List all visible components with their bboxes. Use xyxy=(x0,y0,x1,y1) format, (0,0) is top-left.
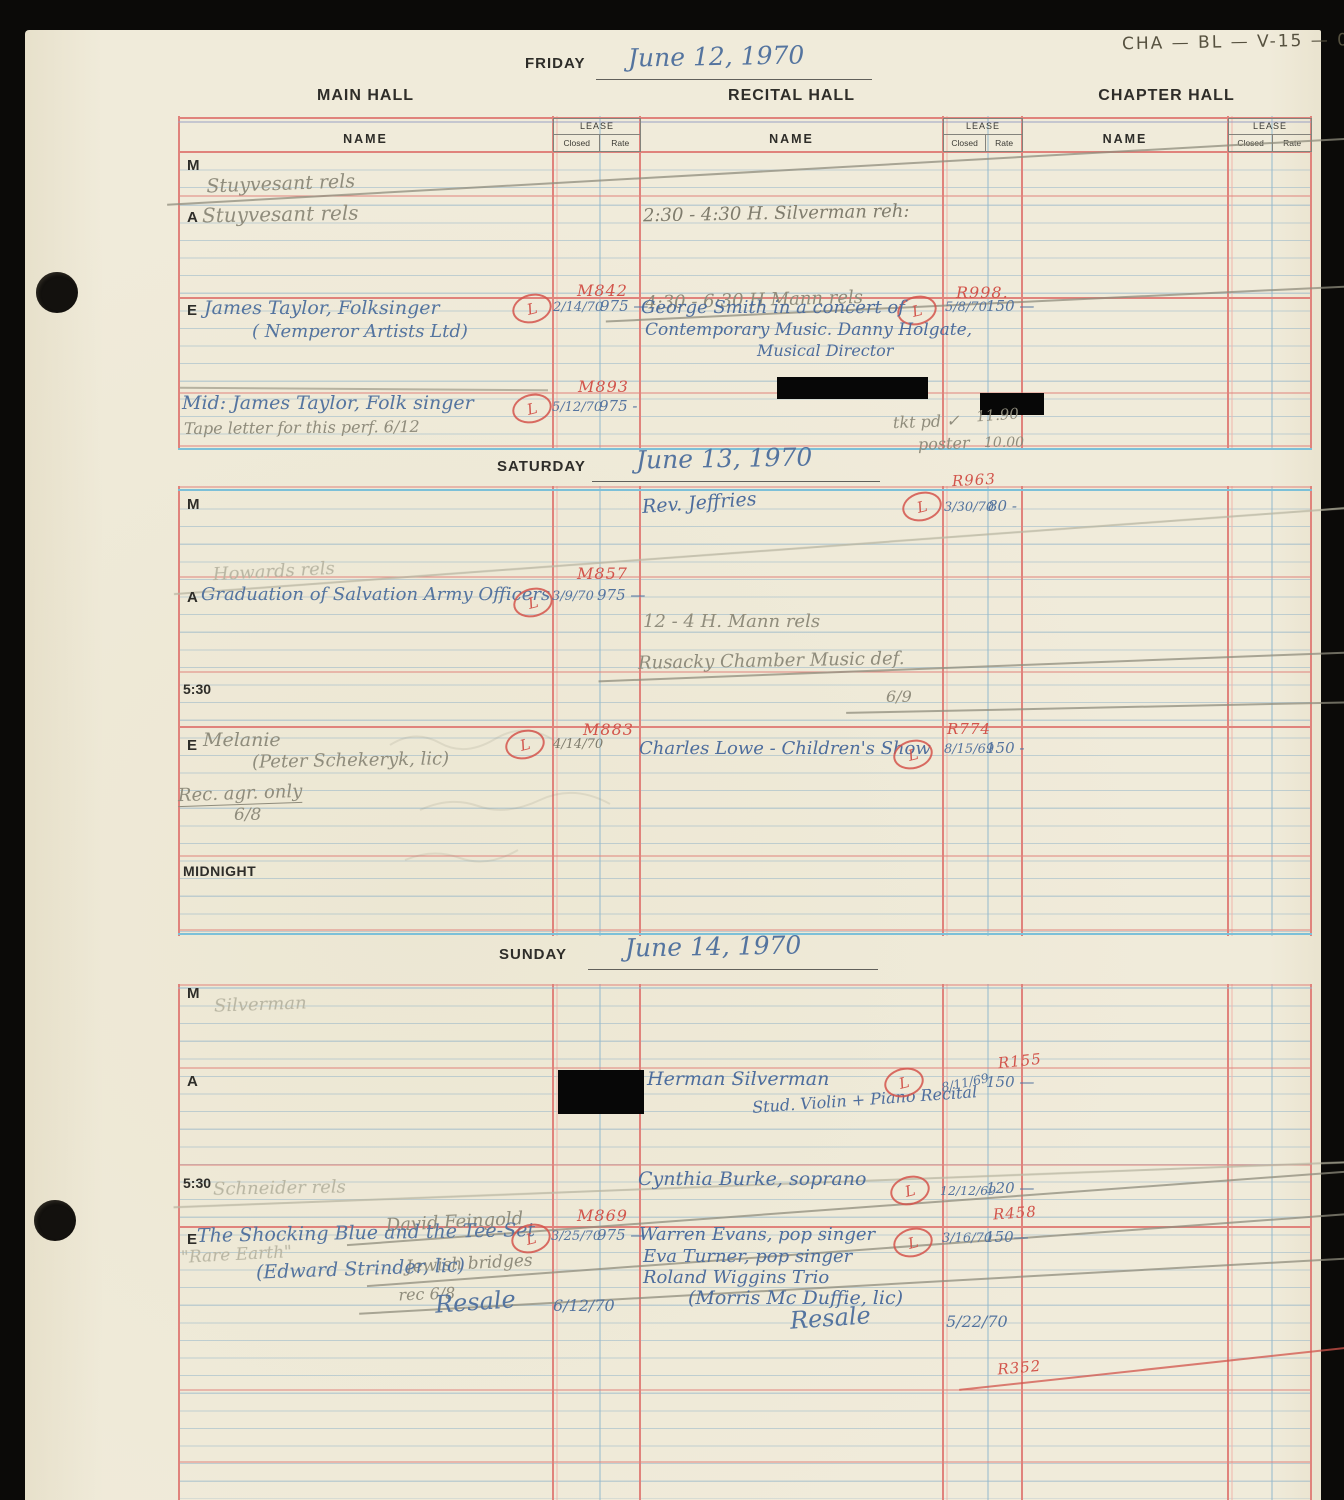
row-label-a: A xyxy=(187,590,198,606)
entry-sunday-recital-530: Cynthia Burke, soprano xyxy=(638,1170,866,1190)
rate-value: 975 — xyxy=(597,588,645,604)
closed-label: Closed xyxy=(554,135,600,152)
entry-sunday-recital-a1: Herman Silverman xyxy=(647,1070,829,1090)
row-label-530: 5:30 xyxy=(183,1176,211,1191)
lease-number: M893 xyxy=(578,379,629,396)
lease-label: LEASE xyxy=(944,119,1022,135)
resale-date: 6/12/70 xyxy=(553,1298,615,1315)
entry-friday-main-mid: Mid: James Taylor, Folk singer xyxy=(182,394,474,414)
day-label-saturday: SATURDAY xyxy=(497,459,586,475)
lease-number: R774 xyxy=(947,722,991,738)
redaction-box xyxy=(777,377,928,399)
row-label-m: M xyxy=(187,497,200,513)
rate-value: 150 — xyxy=(986,299,1034,315)
entry-saturday-recital-a2: 12 - 4 H. Mann rels xyxy=(643,613,820,632)
hole-punch-top xyxy=(36,272,78,313)
entry-friday-main-e2: ( Nemperor Artists Ltd) xyxy=(252,323,468,342)
lease-number: R963 xyxy=(952,472,997,490)
hall-title-chapter: CHAPTER HALL xyxy=(1022,88,1311,105)
rate-value: 120 — xyxy=(986,1181,1034,1197)
hole-punch-bottom xyxy=(34,1200,76,1241)
catalog-code: CHA — BL — V-15 — 085 xyxy=(1122,32,1344,54)
entry-friday-recital-e2: Contemporary Music. Danny Holgate, xyxy=(645,322,972,340)
lease-label: LEASE xyxy=(554,119,640,135)
name-header-recital: NAME xyxy=(640,133,943,146)
date-underline xyxy=(588,969,878,970)
entry-saturday-main-a: Graduation of Salvation Army Officers xyxy=(201,586,550,605)
date-underline xyxy=(596,79,872,80)
entry-sunday-main-m: Silverman xyxy=(214,994,307,1016)
lease-label: LEASE xyxy=(1229,119,1311,135)
entry-friday-main-a: Stuyvesant rels xyxy=(202,203,359,227)
row-label-e: E xyxy=(187,1232,197,1248)
note-ticket-paid: tkt pd ✓ xyxy=(893,413,960,432)
entry-saturday-main-e2: (Peter Schekeryk, lic) xyxy=(252,750,449,772)
closed-date: 4/14/70 xyxy=(553,738,603,752)
redaction-box xyxy=(558,1070,644,1114)
lease-number: M869 xyxy=(577,1208,628,1225)
row-label-a: A xyxy=(187,210,198,226)
row-label-a: A xyxy=(187,1074,198,1090)
entry-saturday-recital-e: Charles Lowe - Children's Show xyxy=(639,740,931,759)
rate-value: 80 - xyxy=(988,499,1017,515)
closed-date: 2/14/70 xyxy=(553,301,603,315)
rate-value: 975 - xyxy=(599,399,637,415)
hall-title-recital: RECITAL HALL xyxy=(640,88,943,105)
entry-sunday-recital-e1: Warren Evans, pop singer xyxy=(639,1226,875,1245)
entry-sunday-recital-e3: Roland Wiggins Trio xyxy=(643,1269,829,1288)
rate-value: 150— xyxy=(985,1230,1029,1246)
date-saturday: June 13, 1970 xyxy=(636,444,813,473)
lease-number: R458 xyxy=(993,1204,1038,1223)
lease-header-recital: LEASE Closed Rate xyxy=(943,118,1023,152)
entry-friday-main-e1: James Taylor, Folksinger xyxy=(204,299,440,319)
entry-sunday-recital-e-resale: Resale xyxy=(789,1303,871,1334)
closed-date: 3/30/70 xyxy=(944,501,994,515)
resale-date: 5/22/70 xyxy=(946,1314,1008,1331)
closed-date: 3/9/70 xyxy=(552,590,594,604)
hall-title-main: MAIN HALL xyxy=(178,88,553,105)
day-label-sunday: SUNDAY xyxy=(499,947,567,963)
rate-value: 150 - xyxy=(986,741,1024,757)
note-poster: poster xyxy=(918,435,970,454)
note-friday-mid: Tape letter for this perf. 6/12 xyxy=(184,419,420,438)
entry-saturday-recital-a3: 6/9 xyxy=(886,689,1344,706)
closed-date: 5/12/70 xyxy=(552,401,602,415)
closed-date: 3/25/70 xyxy=(551,1230,601,1244)
ledger-page-scan: CHA — BL — V-15 — 085 FRIDAY June 12, 19… xyxy=(0,0,1344,1500)
entry-sunday-recital-e2: Eva Turner, pop singer xyxy=(643,1248,852,1267)
row-label-e: E xyxy=(187,303,197,319)
row-label-530: 5:30 xyxy=(183,682,211,697)
lease-header-main: LEASE Closed Rate xyxy=(553,118,641,152)
entry-friday-recital-e1: George Smith in a concert of xyxy=(641,299,905,318)
row-label-e: E xyxy=(187,738,197,754)
entry-saturday-main-e1: Melanie xyxy=(203,731,281,751)
row-label-m: M xyxy=(187,158,200,174)
entry-friday-recital-e3: Musical Director xyxy=(757,343,893,360)
day-label-friday: FRIDAY xyxy=(525,56,585,72)
note-rec-agr-date: 6/8 xyxy=(234,807,261,825)
rate-value: 150 — xyxy=(986,1075,1034,1091)
entry-sunday-main-e-resale: Resale xyxy=(434,1287,516,1318)
date-friday: June 12, 1970 xyxy=(628,42,805,71)
date-underline xyxy=(592,481,880,482)
name-header-main: NAME xyxy=(178,133,553,146)
row-label-m: M xyxy=(187,986,200,1002)
closed-date: 5/8/70 xyxy=(945,301,987,315)
lease-number: M857 xyxy=(577,566,628,583)
date-sunday: June 14, 1970 xyxy=(625,932,802,961)
row-label-midnight: MIDNIGHT xyxy=(183,864,256,879)
note-ticket-amount: 11.90 xyxy=(976,407,1020,426)
rate-label: Rate xyxy=(600,135,640,152)
note-poster-amount: 10.00 xyxy=(984,436,1024,451)
